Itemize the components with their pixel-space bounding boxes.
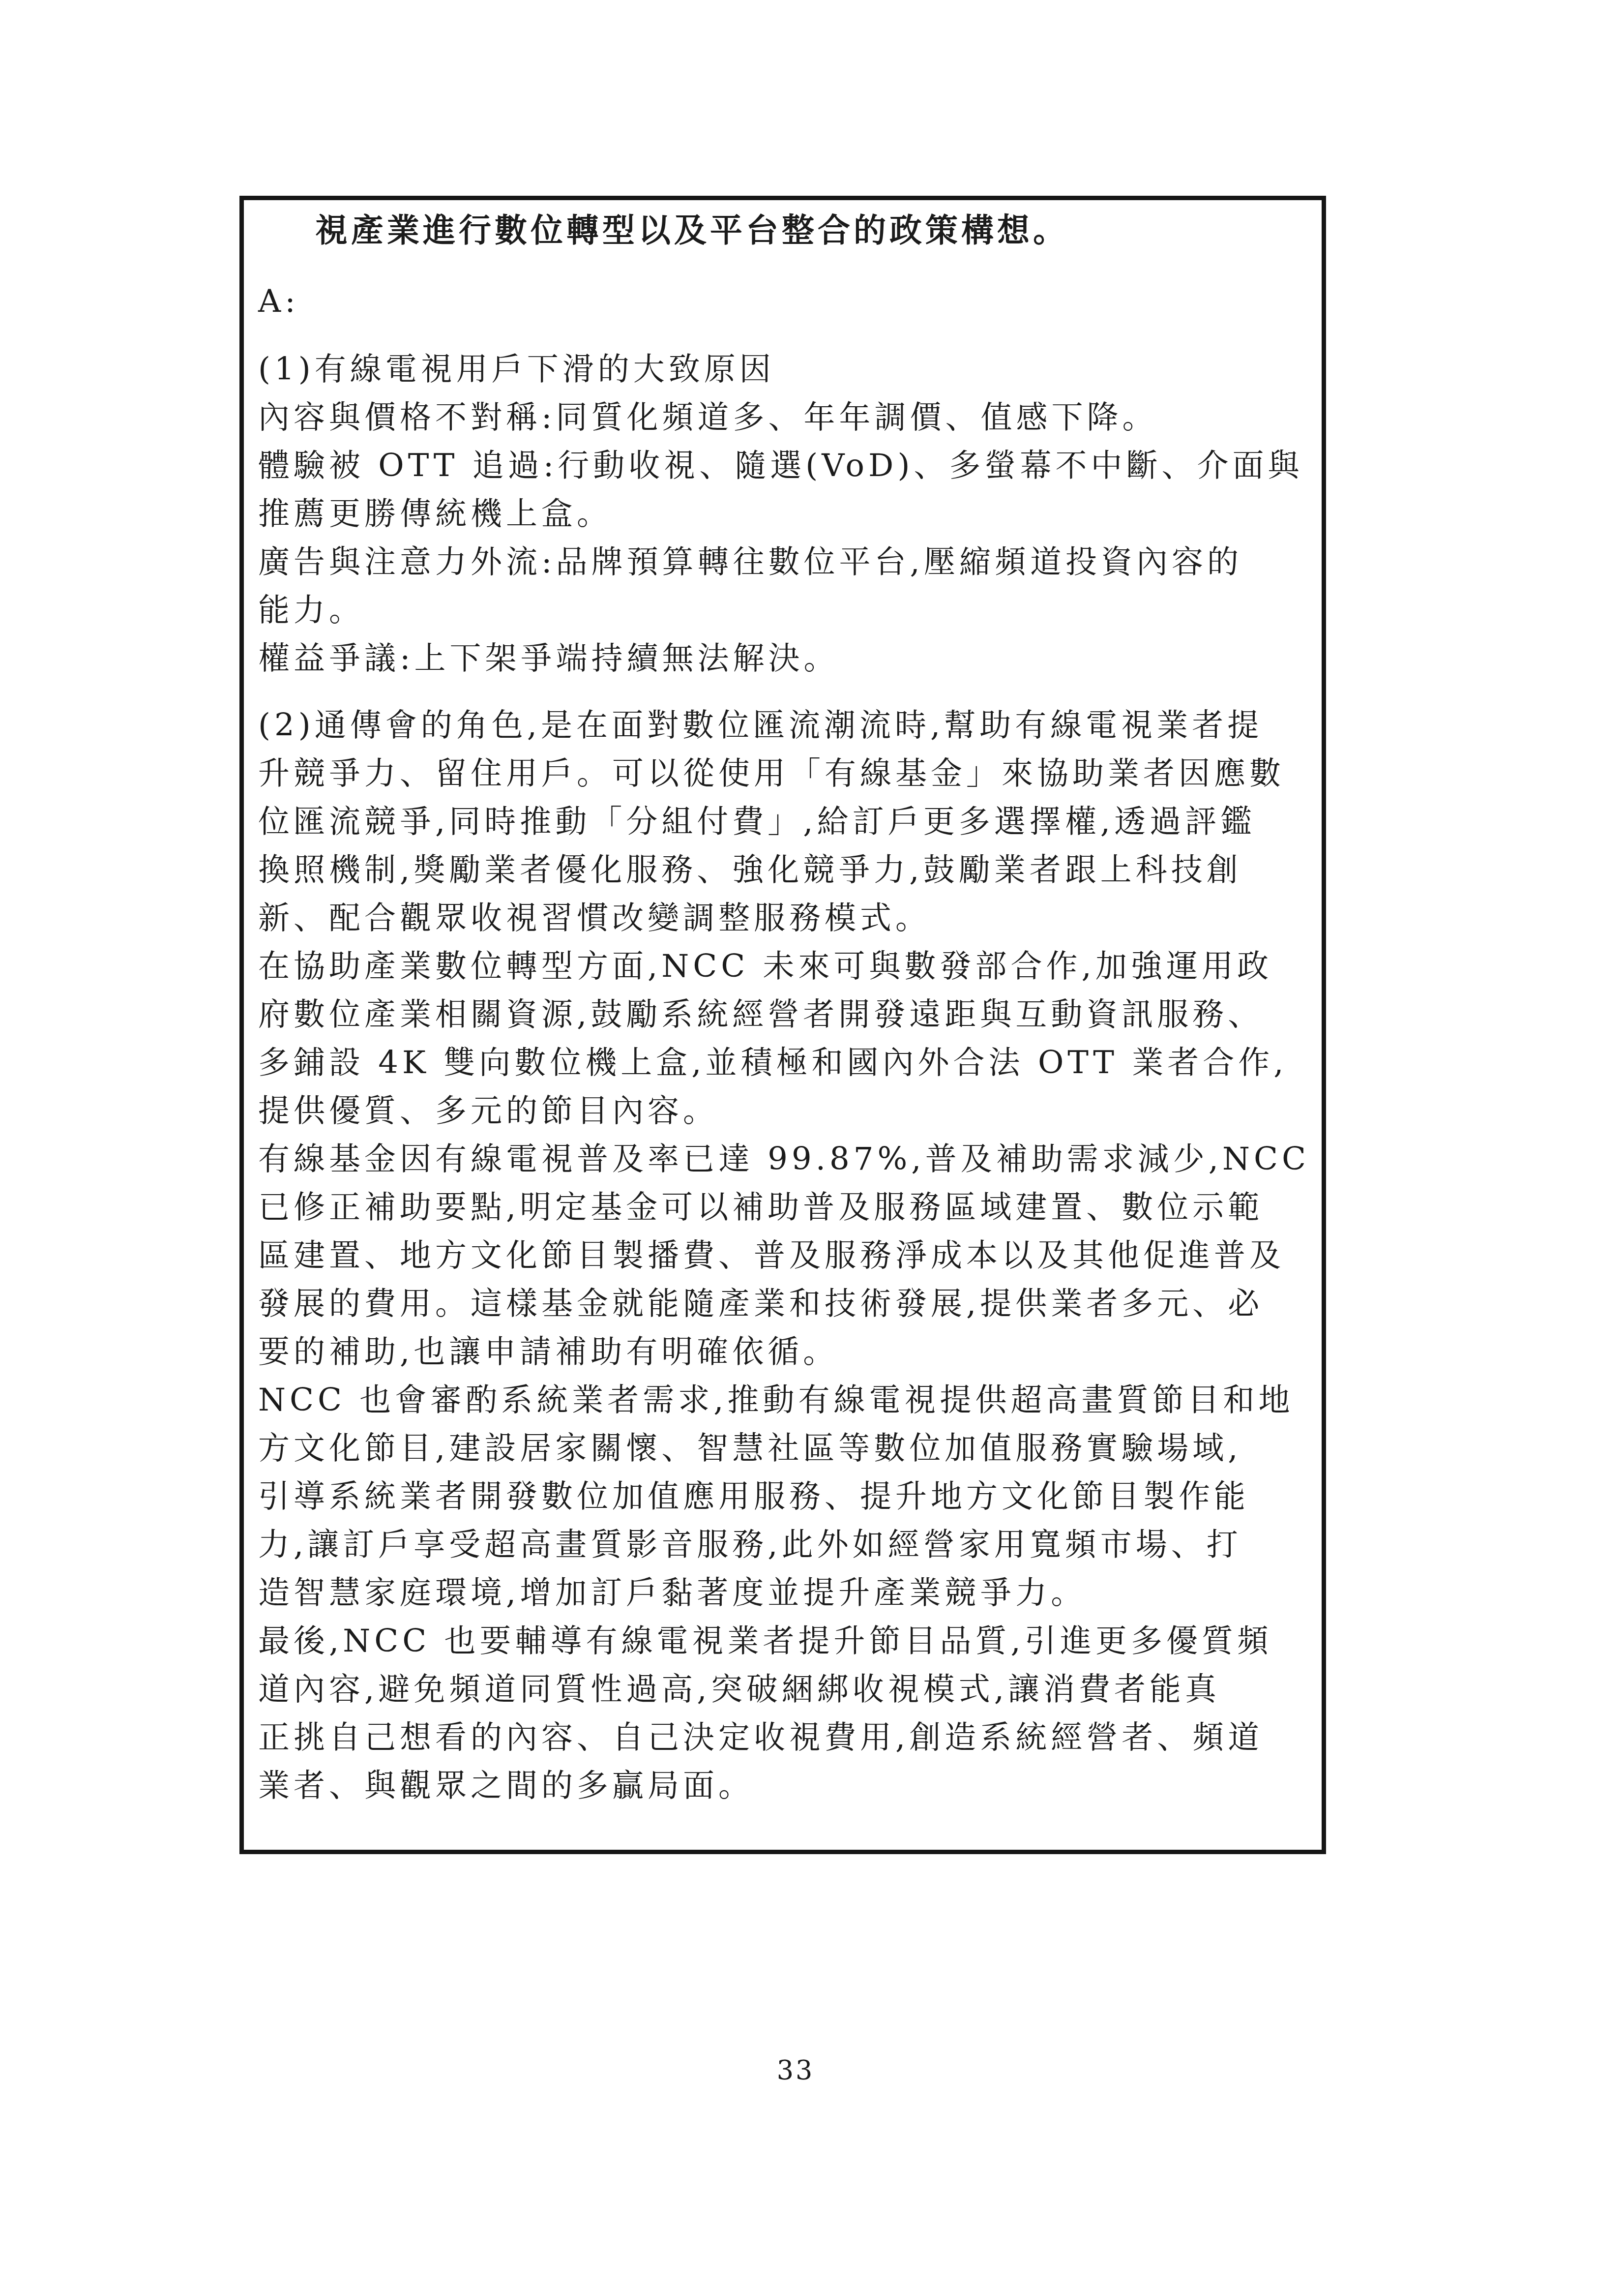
text-line: 方文化節目,建設居家關懷、智慧社區等數位加值服務實驗場域, bbox=[258, 1424, 1317, 1473]
text-line: 多鋪設 4K 雙向數位機上盒,並積極和國內外合法 OTT 業者合作, bbox=[258, 1039, 1317, 1087]
page-number: 33 bbox=[0, 2055, 1591, 2086]
text-line: 正挑自己想看的內容、自己決定收視費用,創造系統經營者、頻道 bbox=[258, 1713, 1317, 1762]
text-line: (2)通傳會的角色,是在面對數位匯流潮流時,幫助有線電視業者提 bbox=[258, 701, 1317, 750]
text-line: 造智慧家庭環境,增加訂戶黏著度並提升產業競爭力。 bbox=[258, 1569, 1317, 1617]
scanned-document-page: 視產業進行數位轉型以及平台整合的政策構想。 A: (1)有線電視用戶下滑的大致原… bbox=[0, 0, 1624, 2284]
text-line: 區建置、地方文化節目製播費、普及服務淨成本以及其他促進普及 bbox=[258, 1232, 1317, 1280]
text-line: 有線基金因有線電視普及率已達 99.87%,普及補助需求減少,NCC bbox=[258, 1135, 1317, 1183]
text-line: 府數位產業相關資源,鼓勵系統經營者開發遠距與互動資訊服務、 bbox=[258, 991, 1317, 1039]
text-line: 權益爭議:上下架爭端持續無法解決。 bbox=[258, 634, 1317, 683]
text-line: 要的補助,也讓申請補助有明確依循。 bbox=[258, 1328, 1317, 1376]
answer-label-line: A: bbox=[258, 277, 1317, 326]
text-line: 已修正補助要點,明定基金可以補助普及服務區域建置、數位示範 bbox=[258, 1183, 1317, 1232]
text-line: 業者、與觀眾之間的多贏局面。 bbox=[258, 1762, 1317, 1810]
text-line: (1)有線電視用戶下滑的大致原因 bbox=[258, 345, 1317, 393]
text-line: 體驗被 OTT 追過:行動收視、隨選(VoD)、多螢幕不中斷、介面與 bbox=[258, 442, 1317, 490]
text-line: 提供優質、多元的節目內容。 bbox=[258, 1087, 1317, 1135]
text-line: 換照機制,獎勵業者優化服務、強化競爭力,鼓勵業者跟上科技創 bbox=[258, 846, 1317, 894]
text-line: 在協助產業數位轉型方面,NCC 未來可與數發部合作,加強運用政 bbox=[258, 942, 1317, 991]
text-line: 新、配合觀眾收視習慣改變調整服務模式。 bbox=[258, 894, 1317, 942]
text-line: 能力。 bbox=[258, 586, 1317, 634]
text-line: 位匯流競爭,同時推動「分組付費」,給訂戶更多選擇權,透過評鑑 bbox=[258, 798, 1317, 846]
text-line: 廣告與注意力外流:品牌預算轉往數位平台,壓縮頻道投資內容的 bbox=[258, 538, 1317, 586]
text-line: 升競爭力、留住用戶。可以從使用「有線基金」來協助業者因應數 bbox=[258, 750, 1317, 798]
text-line: 發展的費用。這樣基金就能隨產業和技術發展,提供業者多元、必 bbox=[258, 1280, 1317, 1328]
text-line: NCC 也會審酌系統業者需求,推動有線電視提供超高畫質節目和地 bbox=[258, 1376, 1317, 1424]
text-line: 力,讓訂戶享受超高畫質影音服務,此外如經營家用寬頻市場、打 bbox=[258, 1521, 1317, 1569]
text-line: 引導系統業者開發數位加值應用服務、提升地方文化節目製作能 bbox=[258, 1473, 1317, 1521]
text-line: 最後,NCC 也要輔導有線電視業者提升節目品質,引進更多優質頻 bbox=[258, 1617, 1317, 1665]
text-line: 道內容,避免頻道同質性過高,突破綑綁收視模式,讓消費者能真 bbox=[258, 1665, 1317, 1713]
section-title-line: 視產業進行數位轉型以及平台整合的政策構想。 bbox=[315, 206, 1317, 254]
answer-box: 視產業進行數位轉型以及平台整合的政策構想。 A: (1)有線電視用戶下滑的大致原… bbox=[239, 196, 1326, 1854]
text-line: 內容與價格不對稱:同質化頻道多、年年調價、值感下降。 bbox=[258, 393, 1317, 442]
text-line: 推薦更勝傳統機上盒。 bbox=[258, 490, 1317, 538]
